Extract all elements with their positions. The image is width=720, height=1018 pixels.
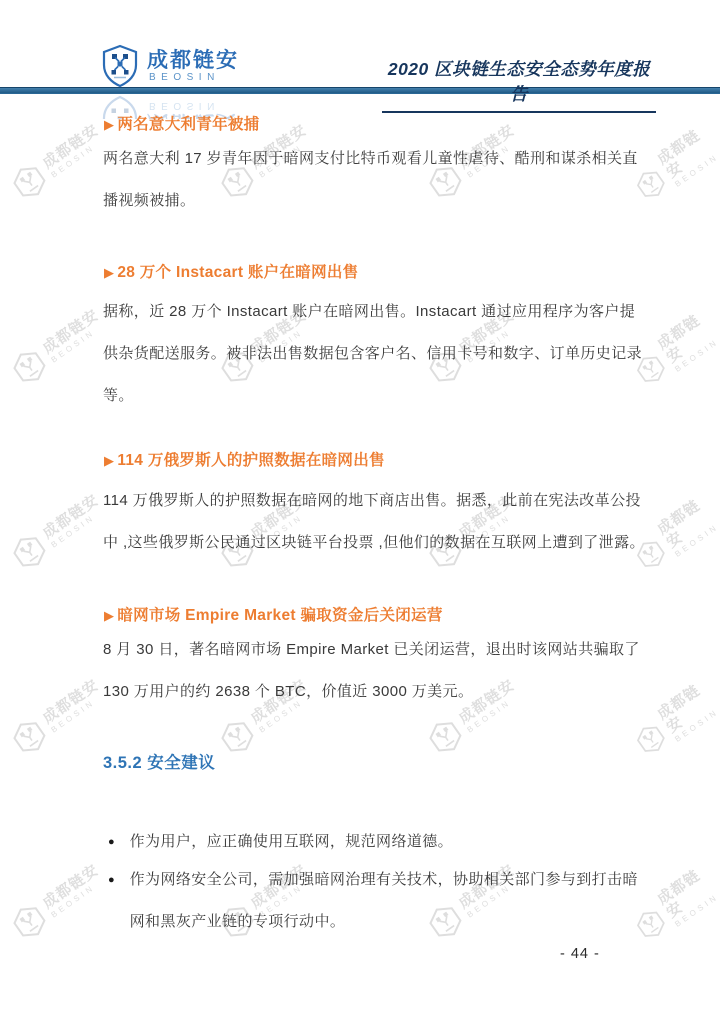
triangle-bullet-icon: ▶	[104, 117, 114, 132]
triangle-bullet-icon: ▶	[104, 265, 114, 280]
beosin-logo: 成都链安 BEOSIN	[100, 44, 239, 88]
paragraph-line: 网和黑灰产业链的专项行动中。	[130, 901, 638, 943]
watermark-text: 成都链安 BEOSIN	[655, 863, 720, 929]
news-item-title: ▶暗网市场 Empire Market 骗取资金后关闭运营	[104, 606, 443, 626]
triangle-bullet-icon: ▶	[104, 453, 114, 468]
news-paragraph: 据称，近 28 万个 Instacart 账户在暗网出售。Instacart 通…	[103, 291, 663, 417]
watermark: 成都链安 BEOSIN	[8, 489, 110, 574]
paragraph-line: 两名意大利 17 岁青年因于暗网支付比特币观看儿童性虐待、酷刑和谋杀相关直	[103, 138, 663, 180]
page-number: - 44 -	[560, 946, 600, 962]
logo-en-text: BEOSIN	[147, 72, 239, 84]
recommendation-text: 作为用户，应正确使用互联网，规范网络道德。	[130, 821, 453, 863]
paragraph-line: 作为网络安全公司，需加强暗网治理有关技术，协助相关部门参与到打击暗	[130, 859, 638, 901]
watermark-text: 成都链安 BEOSIN	[40, 122, 107, 180]
paragraph-line: 114 万俄罗斯人的护照数据在暗网的地下商店出售。据悉，此前在宪法改革公投	[103, 480, 663, 522]
watermark: 成都链安 BEOSIN	[8, 674, 110, 759]
section-heading: 3.5.2 安全建议	[103, 752, 215, 774]
watermark-text: 成都链安 BEOSIN	[40, 307, 107, 365]
news-item-title: ▶28 万个 Instacart 账户在暗网出售	[104, 263, 358, 283]
recommendation-item: ● 作为网络安全公司，需加强暗网治理有关技术，协助相关部门参与到打击暗 网和黑灰…	[108, 859, 660, 943]
watermark: 成都链安 BEOSIN	[8, 119, 110, 204]
watermark-text: 成都链安 BEOSIN	[655, 493, 720, 559]
triangle-bullet-icon: ▶	[104, 608, 114, 623]
watermark-text: 成都链安 BEOSIN	[40, 492, 107, 550]
watermark-text: 成都链安 BEOSIN	[655, 308, 720, 374]
watermark-text: 成都链安 BEOSIN	[655, 123, 720, 189]
logo-zh-text: 成都链安	[147, 49, 239, 72]
paragraph-line: 130 万用户的约 2638 个 BTC，价值近 3000 万美元。	[103, 671, 663, 713]
recommendation-text: 作为网络安全公司，需加强暗网治理有关技术，协助相关部门参与到打击暗 网和黑灰产业…	[130, 859, 638, 943]
paragraph-line: 播视频被捕。	[103, 180, 663, 222]
news-title-text: 两名意大利青年被捕	[117, 116, 259, 133]
news-title-text: 28 万个 Instacart 账户在暗网出售	[117, 264, 358, 281]
beosin-shield-icon	[100, 44, 140, 88]
watermark-text: 成都链安 BEOSIN	[40, 677, 107, 735]
news-item-title: ▶114 万俄罗斯人的护照数据在暗网出售	[104, 451, 385, 471]
watermark-text: 成都链安 BEOSIN	[655, 678, 720, 744]
news-title-text: 暗网市场 Empire Market 骗取资金后关闭运营	[117, 607, 442, 624]
bullet-dot-icon: ●	[108, 859, 115, 943]
paragraph-line: 中 ,这些俄罗斯公民通过区块链平台投票 ,但他们的数据在互联网上遭到了泄露。	[103, 522, 663, 564]
bullet-dot-icon: ●	[108, 821, 115, 863]
news-paragraph: 114 万俄罗斯人的护照数据在暗网的地下商店出售。据悉，此前在宪法改革公投 中 …	[103, 480, 663, 564]
watermark-text: 成都链安 BEOSIN	[40, 862, 107, 920]
report-title: 2020 区块链生态安全态势年度报告	[382, 56, 656, 113]
recommendation-item: ● 作为用户，应正确使用互联网，规范网络道德。	[108, 821, 660, 863]
watermark: 成都链安 BEOSIN	[8, 304, 110, 389]
news-title-text: 114 万俄罗斯人的护照数据在暗网出售	[117, 452, 385, 469]
news-paragraph: 8 月 30 日，著名暗网市场 Empire Market 已关闭运营，退出时该…	[103, 629, 663, 713]
paragraph-line: 8 月 30 日，著名暗网市场 Empire Market 已关闭运营，退出时该…	[103, 629, 663, 671]
news-item-title: ▶两名意大利青年被捕	[104, 115, 260, 135]
paragraph-line: 等。	[103, 375, 663, 417]
news-paragraph: 两名意大利 17 岁青年因于暗网支付比特币观看儿童性虐待、酷刑和谋杀相关直 播视…	[103, 138, 663, 222]
watermark: 成都链安 BEOSIN	[8, 859, 110, 944]
paragraph-line: 据称，近 28 万个 Instacart 账户在暗网出售。Instacart 通…	[103, 291, 663, 333]
report-page: 成都链安 BEOSIN 成都链安 BEOSIN 成都链安	[0, 0, 720, 1018]
logo-texts: 成都链安 BEOSIN	[147, 49, 239, 84]
paragraph-line: 供杂货配送服务。被非法出售数据包含客户名、信用卡号和数字、订单历史记录	[103, 333, 663, 375]
logo-en-text: BEOSIN	[147, 100, 239, 112]
paragraph-line: 作为用户，应正确使用互联网，规范网络道德。	[130, 821, 453, 863]
